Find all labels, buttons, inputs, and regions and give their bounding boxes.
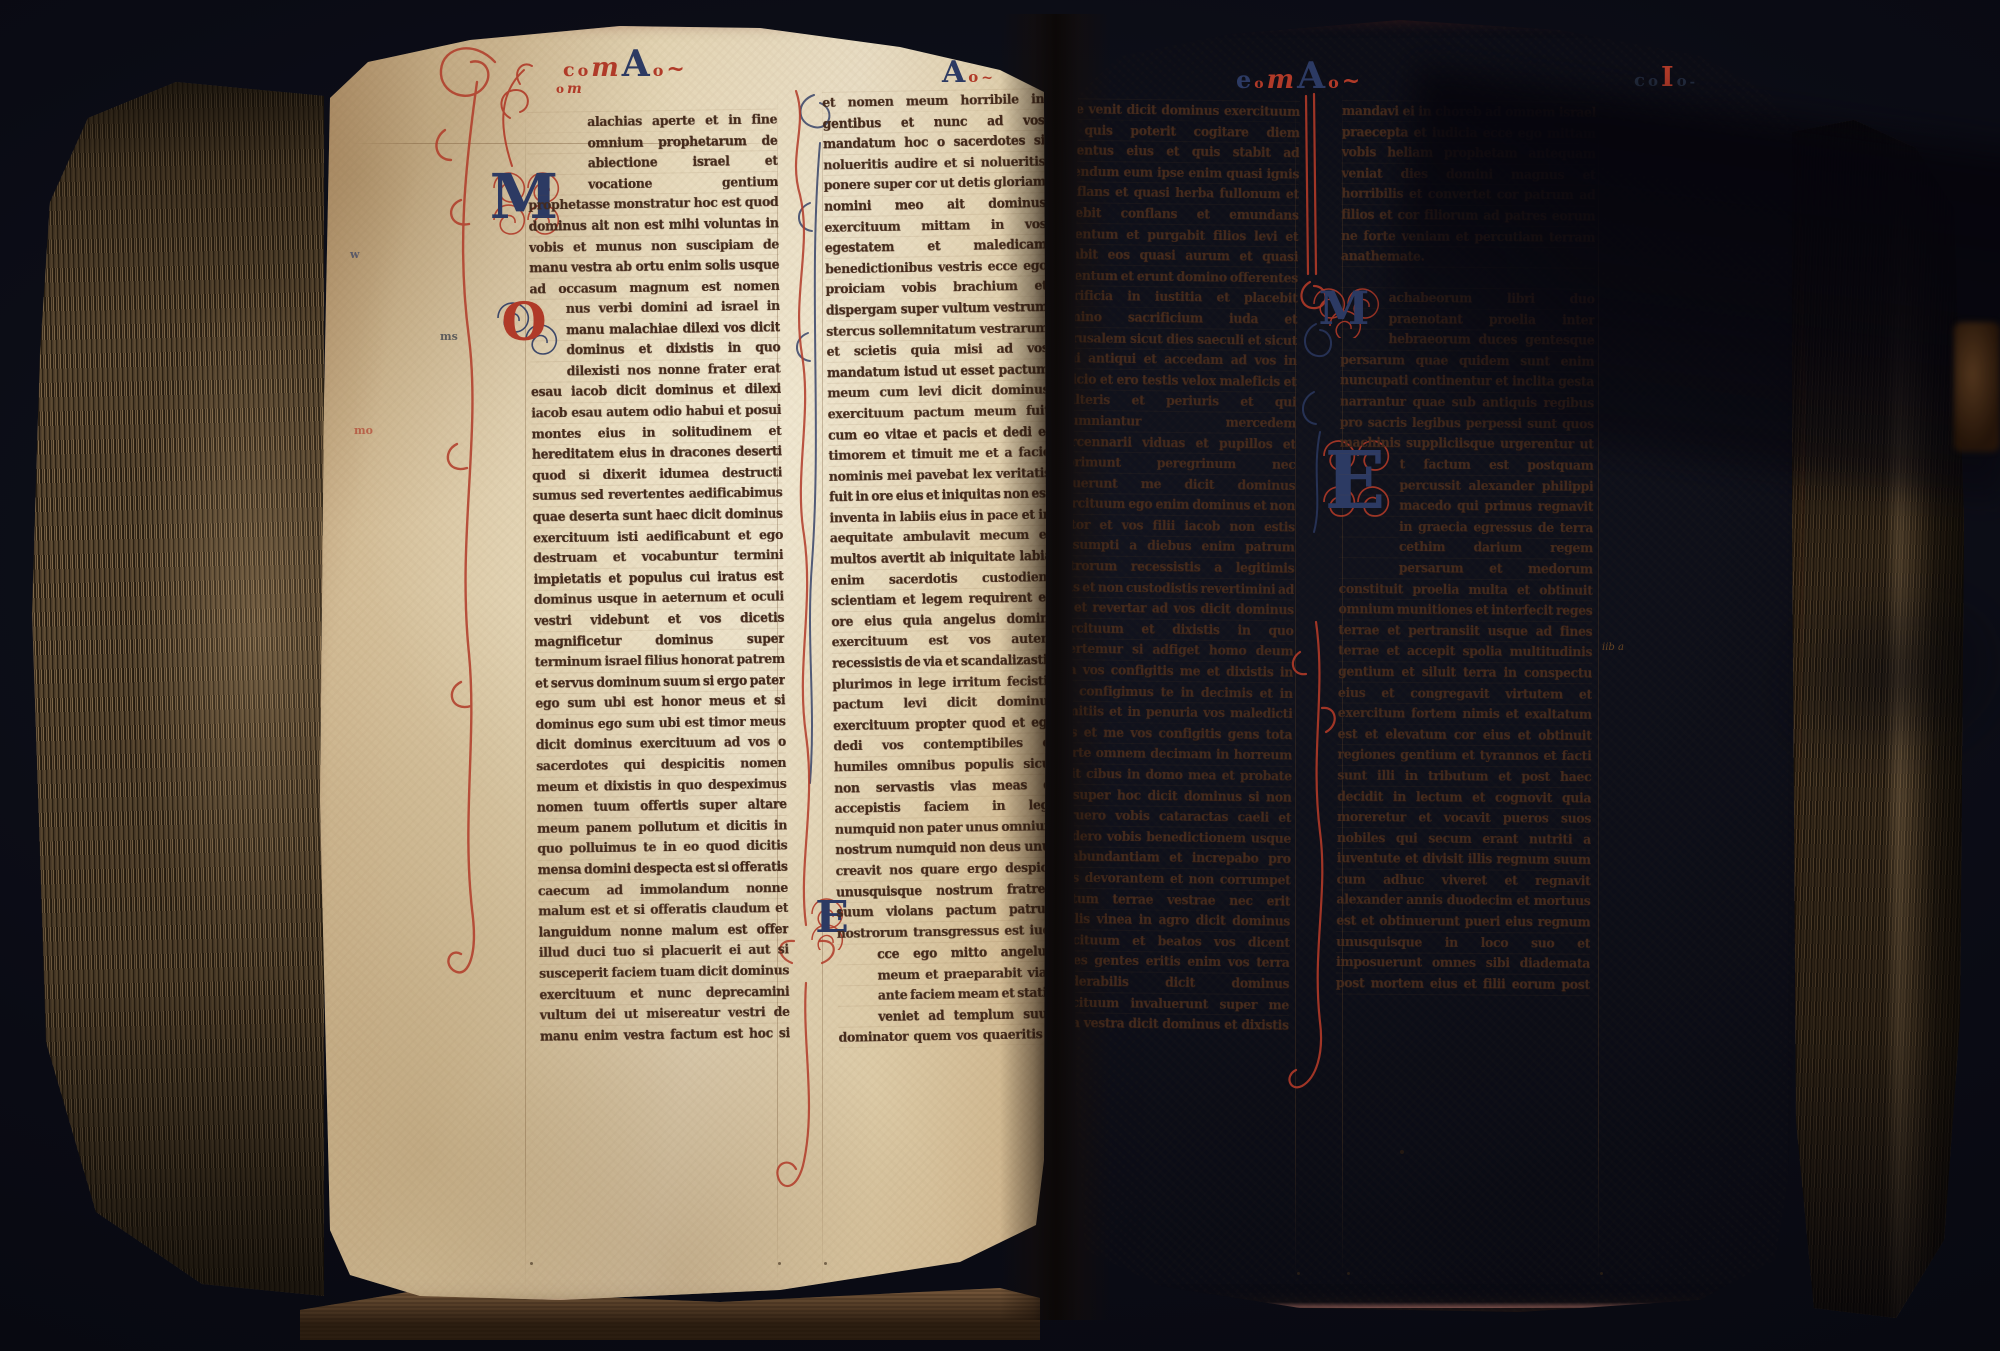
header-glyph: c [1634, 72, 1645, 90]
header-glyph: o [968, 70, 978, 85]
filigree-above-initial [440, 54, 536, 170]
header-glyph: ~ [981, 71, 993, 85]
ink-fleck [1400, 1150, 1404, 1154]
initial-spacer [527, 111, 588, 195]
prick-mark [1347, 1272, 1350, 1275]
header-glyph: I [1661, 64, 1674, 91]
text-block: t factum est postquam percussit alexande… [1336, 453, 1594, 995]
running-header-left-gutter: Ao~ [942, 58, 993, 88]
header-glyph: A [622, 46, 650, 82]
prick-mark [530, 1262, 533, 1265]
marginal-mark: w [350, 248, 359, 261]
prick-mark [824, 1262, 827, 1265]
left-column-a-text: alachias aperte et in fine omnium prophe… [527, 109, 790, 1047]
header-glyph: o [578, 63, 589, 79]
manuscript-photo: comAo~ om Ao~ [0, 0, 2000, 1351]
prick-mark [778, 1262, 781, 1265]
header-glyph: o [1254, 77, 1263, 91]
header-glyph: m [591, 55, 619, 81]
prick-mark [1297, 1272, 1300, 1275]
header-glyph: A [1297, 58, 1325, 94]
running-header-left: comAo~ [563, 46, 685, 82]
bottom-page-edges [300, 1288, 1040, 1340]
header-glyph: o [1677, 74, 1687, 89]
left-page-edge-stack [26, 52, 324, 1336]
header-glyph: ~ [1342, 70, 1360, 92]
header-glyph: o [1328, 75, 1339, 91]
running-header-left-sub: om [556, 82, 582, 96]
left-page: comAo~ om Ao~ [312, 20, 1048, 1312]
page-bottom-edge [1076, 1302, 1783, 1308]
header-glyph: c [563, 61, 575, 80]
text-block: nus verbi domini ad israel in manu malac… [530, 295, 790, 1047]
marginal-mark: mo [354, 424, 373, 437]
gutter-shadow [1000, 14, 1112, 1320]
running-header-right-corner: coIo- [1634, 64, 1695, 91]
header-glyph: o [1648, 74, 1658, 89]
leather-strap-tab [1954, 322, 2000, 452]
header-glyph: o [653, 63, 664, 79]
initial-spacer [1339, 453, 1400, 559]
header-glyph: ~ [666, 58, 684, 80]
initial-spacer [530, 298, 567, 379]
text-block: alachias aperte et in fine omnium prophe… [527, 109, 780, 299]
header-glyph: o [556, 83, 564, 95]
header-glyph: A [942, 58, 965, 88]
marginal-note: iib a [1602, 642, 1624, 653]
header-glyph: m [1267, 67, 1295, 93]
header-glyph: e [1236, 68, 1251, 92]
header-glyph: m [567, 82, 582, 96]
prick-mark [1600, 1272, 1603, 1275]
running-header-right: eomAo~ [1236, 58, 1360, 94]
initial-spacer [837, 943, 878, 1006]
header-glyph: - [1690, 76, 1695, 89]
marginal-mark: ms [440, 330, 458, 343]
